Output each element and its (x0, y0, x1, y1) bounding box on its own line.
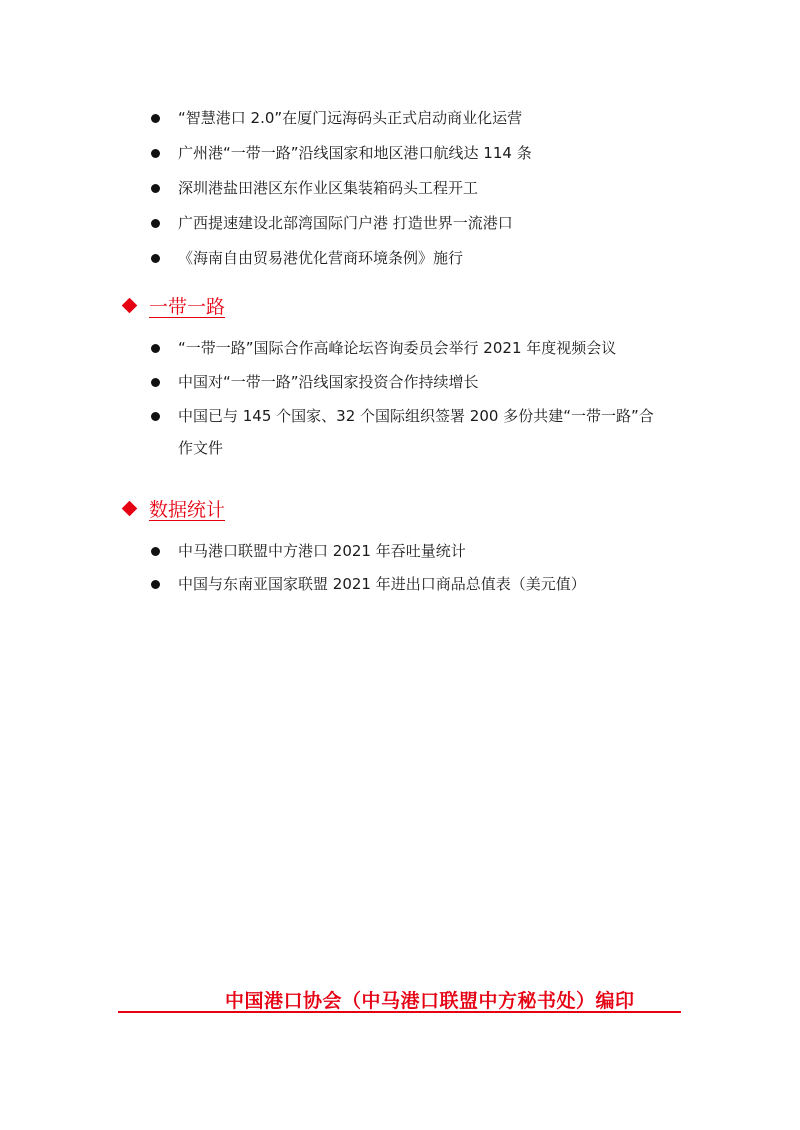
section-heading: 数据统计 (121, 494, 225, 522)
list-item: 中国已与 145 个国家、32 个国际组织签署 200 多份共建“一带一路”合 (178, 405, 654, 427)
diamond-icon (122, 297, 138, 313)
section-title: 一带一路 (149, 292, 225, 319)
bullet-icon (151, 547, 160, 556)
list-item: 中国对“一带一路”沿线国家投资合作持续增长 (178, 371, 479, 393)
bullet-icon (151, 184, 160, 193)
list-item: 深圳港盐田港区东作业区集装箱码头工程开工 (178, 177, 478, 199)
bullet-icon (151, 114, 160, 123)
bullet-icon (151, 149, 160, 158)
footer-divider (118, 1011, 681, 1013)
diamond-icon (122, 500, 138, 516)
bullet-icon (151, 254, 160, 263)
list-item-continuation: 作文件 (178, 437, 223, 459)
publisher-credit: 中国港口协会（中马港口联盟中方秘书处）编印 (225, 986, 635, 1013)
section-title: 数据统计 (149, 495, 225, 522)
list-item: 《海南自由贸易港优化营商环境条例》施行 (178, 247, 463, 269)
list-item: 中马港口联盟中方港口 2021 年吞吐量统计 (178, 540, 466, 562)
bullet-icon (151, 219, 160, 228)
list-item: “一带一路”国际合作高峰论坛咨询委员会举行 2021 年度视频会议 (178, 337, 616, 359)
list-item: 广州港“一带一路”沿线国家和地区港口航线达 114 条 (178, 142, 532, 164)
bullet-icon (151, 378, 160, 387)
section-heading: 一带一路 (121, 291, 225, 319)
bullet-icon (151, 412, 160, 421)
bullet-icon (151, 344, 160, 353)
bullet-icon (151, 580, 160, 589)
list-item: 中国与东南亚国家联盟 2021 年进出口商品总值表（美元值） (178, 573, 586, 595)
list-item: “智慧港口 2.0”在厦门远海码头正式启动商业化运营 (178, 107, 522, 129)
list-item: 广西提速建设北部湾国际门户港 打造世界一流港口 (178, 212, 513, 234)
